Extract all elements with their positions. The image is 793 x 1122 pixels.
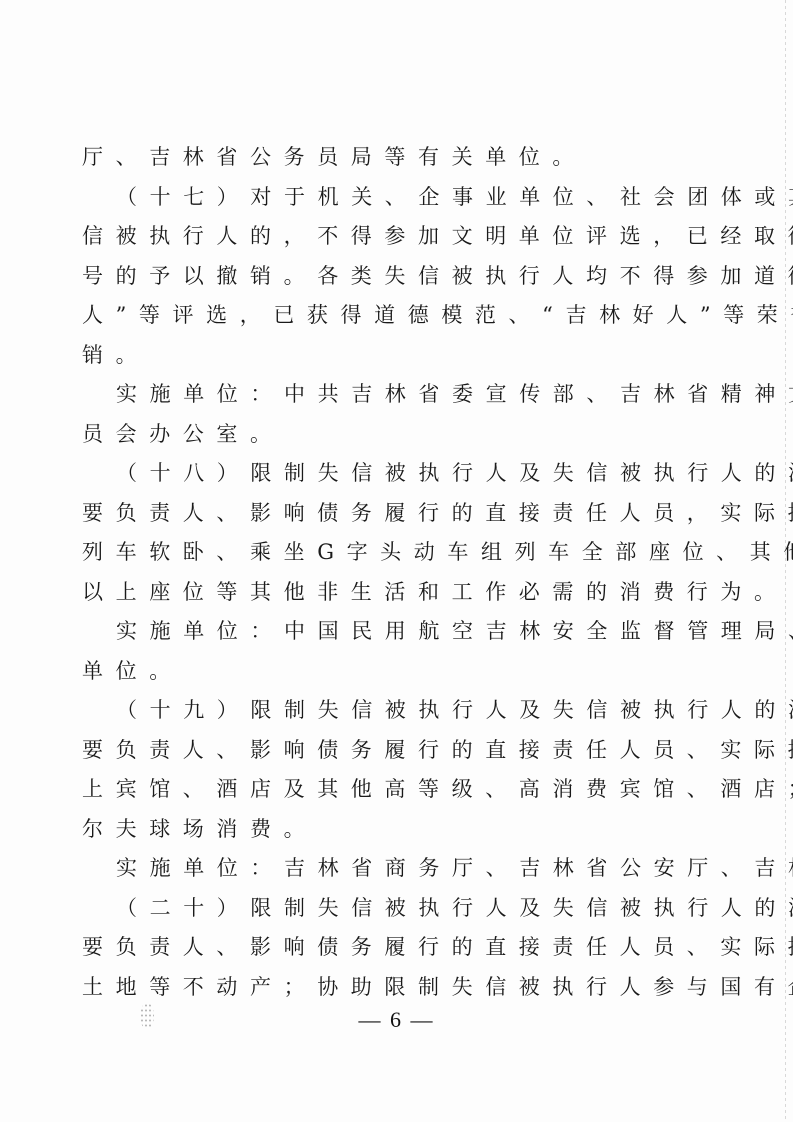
text-line: 要负责人、影响债务履行的直接责任人员，实际控制人乘坐飞机、 bbox=[82, 494, 682, 534]
body-text: 厅、吉林省公务员局等有关单位。 （十七）对于机关、企事业单位、社会团体或其领导成… bbox=[82, 138, 682, 1007]
text-line: 以上座位等其他非生活和工作必需的消费行为。 bbox=[82, 573, 682, 613]
text-line: 上宾馆、酒店及其他高等级、高消费宾馆、酒店；限制在夜总会、高 bbox=[82, 770, 682, 810]
implementing-unit-line: 实施单位：吉林省商务厅、吉林省公安厅、吉林省文化厅。 bbox=[82, 849, 682, 889]
text-line: 要负责人、影响债务履行的直接责任人员、实际控制人住宿四星以 bbox=[82, 731, 682, 771]
text-line: 要负责人、影响债务履行的直接责任人员、实际控制人购买房产、 bbox=[82, 928, 682, 968]
text-line: 土地等不动产；协助限制失信被执行人参与国有企业资产、国家资 bbox=[82, 968, 682, 1008]
text-line: 单位。 bbox=[82, 652, 682, 692]
text-line-item-19: （十九）限制失信被执行人及失信被执行人的法定代表人、主 bbox=[82, 691, 682, 731]
text-line: 尔夫球场消费。 bbox=[82, 810, 682, 850]
implementing-unit-line: 实施单位：中共吉林省委宣传部、吉林省精神文明建设指导委 bbox=[82, 375, 682, 415]
text-line: 列车软卧、乘坐G字头动车组列车全部座位、其他动车组列车一等 bbox=[82, 533, 682, 573]
text-line-item-20: （二十）限制失信被执行人及失信被执行人的法定代表人、主 bbox=[82, 889, 682, 929]
text-line: 号的予以撤销。各类失信被执行人均不得参加道德模范、“吉林好 bbox=[82, 257, 682, 297]
implementing-unit-line: 实施单位：中国民用航空吉林安全监督管理局、沈阳铁路局等 bbox=[82, 612, 682, 652]
text-line-item-17: （十七）对于机关、企事业单位、社会团体或其领导成员为失 bbox=[82, 178, 682, 218]
text-line: 员会办公室。 bbox=[82, 415, 682, 455]
page-number: — 6 — bbox=[0, 1007, 793, 1033]
text-line: 人”等评选，已获得道德模范、“吉林好人”等荣誉称号的予以撤 bbox=[82, 296, 682, 336]
text-line-item-18: （十八）限制失信被执行人及失信被执行人的法定代表人、主 bbox=[82, 454, 682, 494]
text-line: 信被执行人的，不得参加文明单位评选，已经取得文明单位荣誉称 bbox=[82, 217, 682, 257]
text-line: 销。 bbox=[82, 336, 682, 376]
text-line: 厅、吉林省公务员局等有关单位。 bbox=[82, 138, 682, 178]
document-page: 厅、吉林省公务员局等有关单位。 （十七）对于机关、企事业单位、社会团体或其领导成… bbox=[0, 0, 793, 1122]
